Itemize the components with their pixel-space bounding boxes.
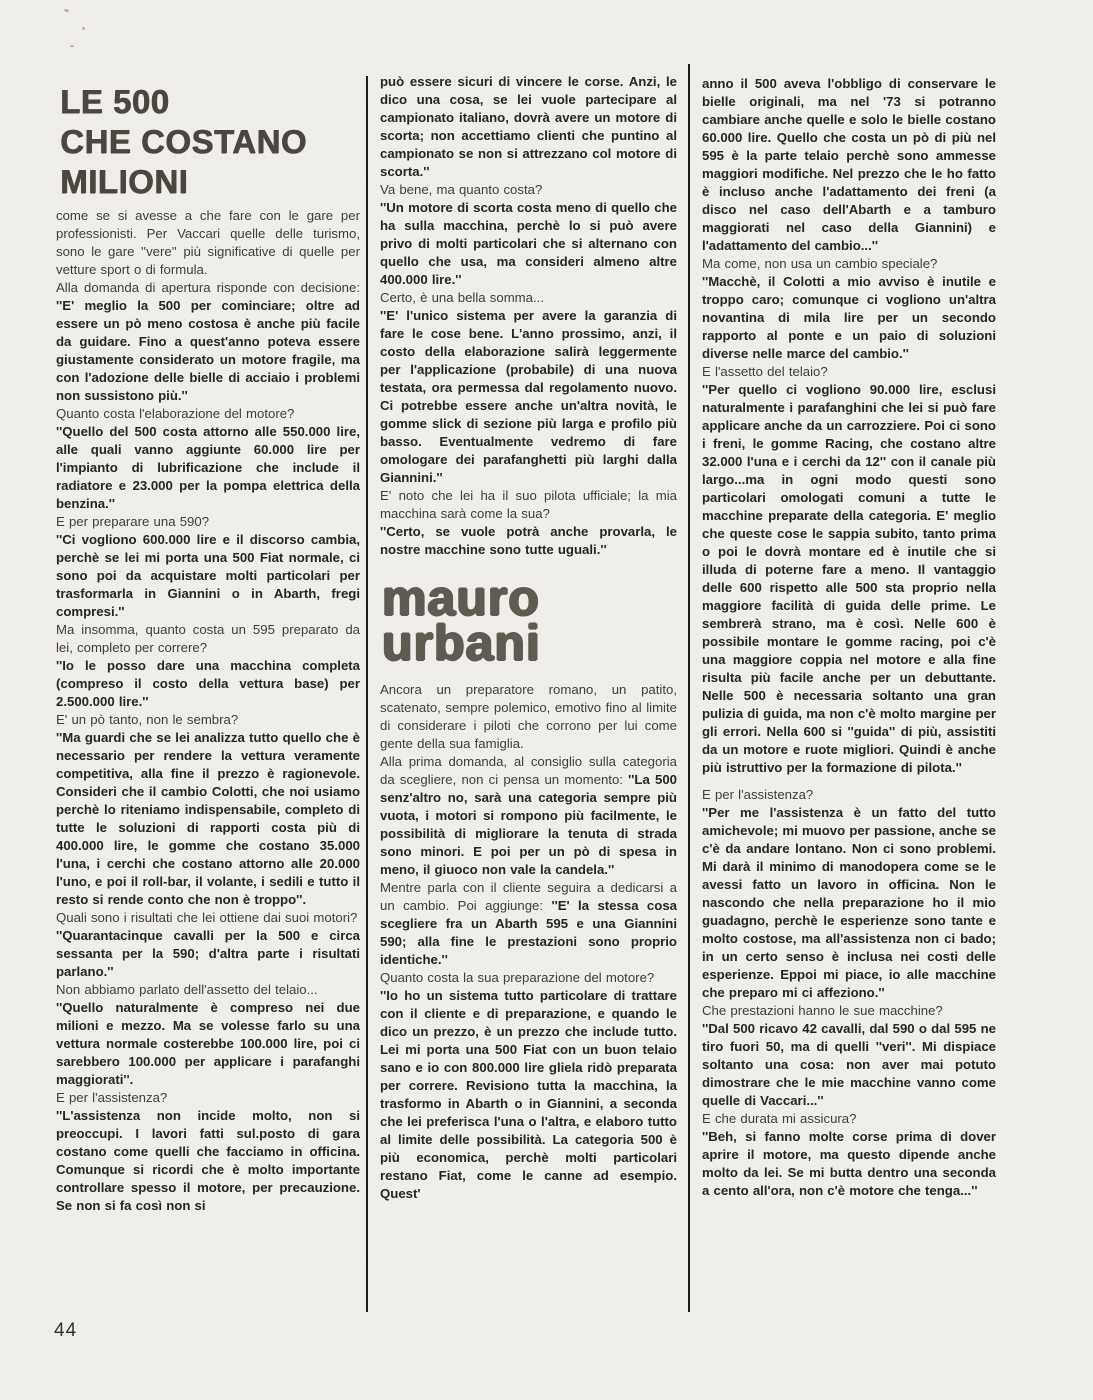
article-title-line-2: CHE COSTANO — [60, 122, 307, 162]
interviewee-name-line-2: urbani — [382, 621, 677, 666]
answer-text: ''Quello naturalmente è compreso nei due… — [56, 1000, 360, 1087]
column-2-top-text: può essere sicuri di vincere le corse. A… — [380, 73, 677, 559]
paragraph: Che prestazioni hanno le sue macchine? — [702, 1002, 996, 1020]
paragraph: Va bene, ma quanto costa? — [380, 181, 677, 199]
question-text: Non abbiamo parlato dell'assetto del tel… — [56, 982, 318, 997]
paragraph: Ancora un preparatore romano, un patito,… — [380, 681, 677, 753]
paragraph: ''Macchè, il Colotti a mio avviso è inut… — [702, 273, 996, 363]
paragraph: Non abbiamo parlato dell'assetto del tel… — [56, 981, 360, 999]
paragraph: anno il 500 aveva l'obbligo di conservar… — [702, 75, 996, 255]
paragraph: ''Dal 500 ricavo 42 cavalli, dal 590 o d… — [702, 1020, 996, 1110]
paragraph: ''Quello del 500 costa attorno alle 550.… — [56, 423, 360, 513]
interviewee-name-heading: mauro urbani — [382, 576, 677, 666]
answer-text: anno il 500 aveva l'obbligo di conservar… — [702, 76, 996, 253]
scan-speckle — [70, 45, 74, 47]
paragraph: E che durata mi assicura? — [702, 1110, 996, 1128]
column-divider-rule-right — [688, 64, 690, 1312]
paragraph: ''Per quello ci vogliono 90.000 lire, es… — [702, 381, 996, 777]
text-column-1: come se si avesse a che fare con le gare… — [56, 207, 360, 1215]
paragraph: Quali sono i risultati che lei ottiene d… — [56, 909, 360, 927]
answer-text: ''E' l'unico sistema per avere la garanz… — [380, 308, 677, 485]
paragraph: Quanto costa l'elaborazione del motore? — [56, 405, 360, 423]
question-text: Ma come, non usa un cambio speciale? — [702, 256, 937, 271]
paragraph: Quanto costa la sua preparazione del mot… — [380, 969, 677, 987]
paragraph: Alla domanda di apertura risponde con de… — [56, 279, 360, 405]
answer-text: ''La 500 senz'altro no, sarà una categor… — [380, 772, 677, 877]
paragraph: Ma insomma, quanto costa un 595 preparat… — [56, 621, 360, 657]
paragraph: E per l'assistenza? — [56, 1089, 360, 1107]
question-text: E per l'assistenza? — [56, 1090, 167, 1105]
question-text: Certo, è una bella somma... — [380, 290, 544, 305]
answer-text: ''Un motore di scorta costa meno di quel… — [380, 200, 677, 287]
paragraph: E l'assetto del telaio? — [702, 363, 996, 381]
answer-text: ''Beh, si fanno molte corse prima di dov… — [702, 1129, 996, 1198]
paragraph: E per l'assistenza? — [702, 786, 996, 804]
paragraph: può essere sicuri di vincere le corse. A… — [380, 73, 677, 181]
answer-text: ''Io le posso dare una macchina completa… — [56, 658, 360, 709]
text-column-2: può essere sicuri di vincere le corse. A… — [380, 73, 677, 1203]
text-column-3: anno il 500 aveva l'obbligo di conservar… — [702, 75, 996, 1200]
paragraph: E' noto che lei ha il suo pilota ufficia… — [380, 487, 677, 523]
paragraph: ''Per me l'assistenza è un fatto del tut… — [702, 804, 996, 1002]
paragraph: ''Quello naturalmente è compreso nei due… — [56, 999, 360, 1089]
question-text: Quanto costa la sua preparazione del mot… — [380, 970, 654, 985]
scan-speckle — [82, 27, 85, 30]
question-text: E' noto che lei ha il suo pilota ufficia… — [380, 488, 677, 521]
answer-text: ''Per quello ci vogliono 90.000 lire, es… — [702, 382, 996, 775]
paragraph: ''Quarantacinque cavalli per la 500 e ci… — [56, 927, 360, 981]
paragraph: ''Ma guardi che se lei analizza tutto qu… — [56, 729, 360, 909]
question-text: come se si avesse a che fare con le gare… — [56, 208, 360, 277]
question-text: Alla domanda di apertura risponde con de… — [56, 280, 360, 295]
question-text: E' un pò tanto, non le sembra? — [56, 712, 238, 727]
answer-text: ''Io ho un sistema tutto particolare di … — [380, 988, 677, 1201]
paragraph: ''Io ho un sistema tutto particolare di … — [380, 987, 677, 1203]
paragraph: ''Un motore di scorta costa meno di quel… — [380, 199, 677, 289]
answer-text: ''L'assistenza non incide molto, non si … — [56, 1108, 360, 1213]
paragraph: come se si avesse a che fare con le gare… — [56, 207, 360, 279]
question-text: Ma insomma, quanto costa un 595 preparat… — [56, 622, 360, 655]
page-number: 44 — [54, 1320, 77, 1342]
answer-text: ''Ci vogliono 600.000 lire e il discorso… — [56, 532, 360, 619]
article-title-line-3: MILIONI — [60, 162, 307, 202]
paragraph: ''Ci vogliono 600.000 lire e il discorso… — [56, 531, 360, 621]
article-title-line-1: LE 500 — [60, 82, 307, 122]
scan-speckle — [64, 8, 70, 13]
answer-text: può essere sicuri di vincere le corse. A… — [380, 74, 677, 179]
question-text: E per preparare una 590? — [56, 514, 209, 529]
question-text: Ancora un preparatore romano, un patito,… — [380, 682, 677, 751]
paragraph: ''Io le posso dare una macchina completa… — [56, 657, 360, 711]
paragraph: Certo, è una bella somma... — [380, 289, 677, 307]
question-text: Va bene, ma quanto costa? — [380, 182, 542, 197]
paragraph: E per preparare una 590? — [56, 513, 360, 531]
paragraph: ''Beh, si fanno molte corse prima di dov… — [702, 1128, 996, 1200]
paragraph: Ma come, non usa un cambio speciale? — [702, 255, 996, 273]
question-text: Quali sono i risultati che lei ottiene d… — [56, 910, 357, 925]
paragraph: E' un pò tanto, non le sembra? — [56, 711, 360, 729]
question-text: Quanto costa l'elaborazione del motore? — [56, 406, 294, 421]
paragraph: Mentre parla con il cliente seguira a de… — [380, 879, 677, 969]
paragraph: ''E' l'unico sistema per avere la garanz… — [380, 307, 677, 487]
answer-text: ''Ma guardi che se lei analizza tutto qu… — [56, 730, 360, 907]
paragraph: ''Certo, se vuole potrà anche provarla, … — [380, 523, 677, 559]
answer-text: ''Certo, se vuole potrà anche provarla, … — [380, 524, 677, 557]
magazine-page: LE 500 CHE COSTANO MILIONI come se si av… — [0, 0, 1093, 1400]
answer-text: ''E' meglio la 500 per cominciare; oltre… — [56, 298, 360, 403]
answer-text: ''Quarantacinque cavalli per la 500 e ci… — [56, 928, 360, 979]
paragraph: ''L'assistenza non incide molto, non si … — [56, 1107, 360, 1215]
column-divider-rule-left — [366, 76, 368, 1312]
question-text: E per l'assistenza? — [702, 787, 813, 802]
answer-text: ''Macchè, il Colotti a mio avviso è inut… — [702, 274, 996, 361]
article-title: LE 500 CHE COSTANO MILIONI — [60, 82, 307, 202]
column-2-bottom-text: Ancora un preparatore romano, un patito,… — [380, 681, 677, 1203]
answer-text: ''Per me l'assistenza è un fatto del tut… — [702, 805, 996, 1000]
paragraph: Alla prima domanda, al consiglio sulla c… — [380, 753, 677, 879]
question-text: Che prestazioni hanno le sue macchine? — [702, 1003, 943, 1018]
question-text: E che durata mi assicura? — [702, 1111, 856, 1126]
answer-text: ''Quello del 500 costa attorno alle 550.… — [56, 424, 360, 511]
question-text: E l'assetto del telaio? — [702, 364, 828, 379]
answer-text: ''Dal 500 ricavo 42 cavalli, dal 590 o d… — [702, 1021, 996, 1108]
